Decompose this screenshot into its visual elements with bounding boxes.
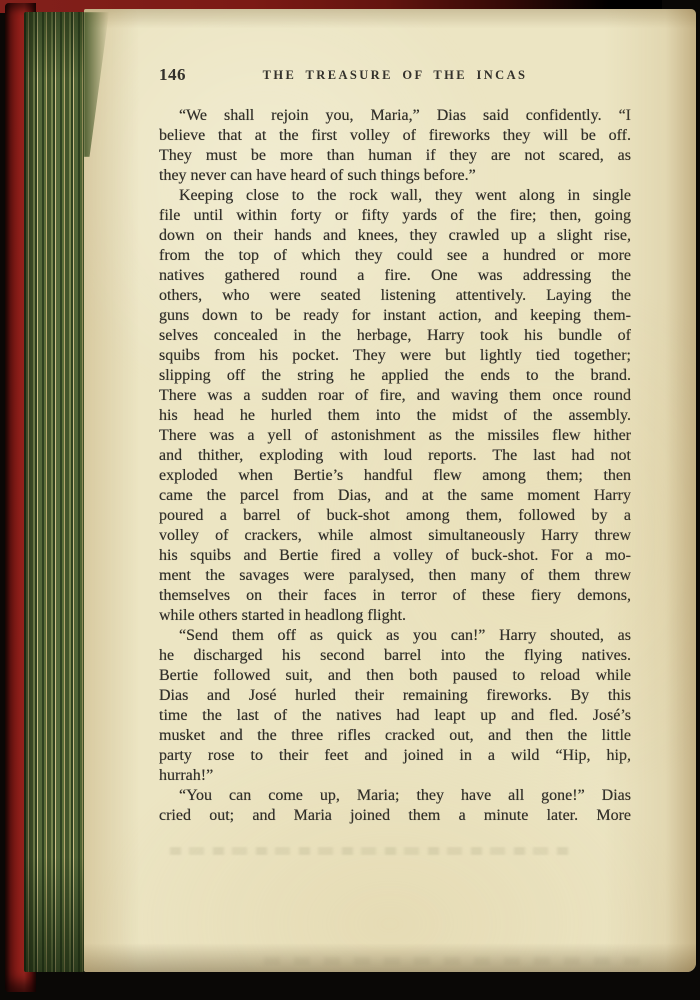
page-header: 146 THE TREASURE OF THE INCAS: [159, 65, 631, 89]
running-title: THE TREASURE OF THE INCAS: [159, 65, 631, 83]
text-line: volley of crackers, while almost simulta…: [159, 526, 631, 546]
text-line: They must be more than human if they are…: [159, 146, 631, 166]
text-line: came the parcel from Dias, and at the sa…: [159, 486, 631, 506]
paragraph: “We shall rejoin you, Maria,” Dias said …: [159, 106, 631, 186]
text-line: party rose to their feet and joined in a…: [159, 746, 631, 766]
text-line: his squibs and Bertie fired a volley of …: [159, 546, 631, 566]
text-line: cried out; and Maria joined them a minut…: [159, 806, 631, 826]
text-line: they never can have heard of such things…: [159, 166, 631, 186]
text-line: believe that at the first volley of fire…: [159, 126, 631, 146]
paragraph: Keeping close to the rock wall, they wen…: [159, 186, 631, 626]
paragraph: “Send them off as quick as you can!” Har…: [159, 626, 631, 786]
text-line: “Send them off as quick as you can!” Har…: [159, 626, 631, 646]
text-line: musket and the three rifles cracked out,…: [159, 726, 631, 746]
text-line: poured a barrel of buck-shot among them,…: [159, 506, 631, 526]
text-line: down on their hands and knees, they craw…: [159, 226, 631, 246]
text-line: from the top of which they could see a h…: [159, 246, 631, 266]
text-line: others, who were seated listening attent…: [159, 286, 631, 306]
scanned-book-photo: 146 THE TREASURE OF THE INCAS “We shall …: [0, 0, 700, 1000]
text-line: “You can come up, Maria; they have all g…: [159, 786, 631, 806]
text-line: time the last of the natives had leapt u…: [159, 706, 631, 726]
text-line: his head he hurled them into the midst o…: [159, 406, 631, 426]
text-line: and thither, exploding with loud reports…: [159, 446, 631, 466]
text-line: There was a yell of astonishment as the …: [159, 426, 631, 446]
text-line: Keeping close to the rock wall, they wen…: [159, 186, 631, 206]
show-through-smudge: [170, 847, 570, 855]
page-edges-stack: [24, 12, 86, 972]
text-line: he discharged his second barrel into the…: [159, 646, 631, 666]
text-line: selves concealed in the herbage, Harry t…: [159, 326, 631, 346]
text-line: squibs from his pocket. They were but li…: [159, 346, 631, 366]
text-line: “We shall rejoin you, Maria,” Dias said …: [159, 106, 631, 126]
show-through-smudge-bottom: [264, 957, 644, 965]
text-line: themselves on their faces in terror of t…: [159, 586, 631, 606]
text-line: guns down to be ready for instant action…: [159, 306, 631, 326]
body-text-block: “We shall rejoin you, Maria,” Dias said …: [159, 106, 631, 826]
text-line: There was a sudden roar of fire, and wav…: [159, 386, 631, 406]
page-number: 146: [159, 65, 186, 85]
text-line: while others started in headlong flight.: [159, 606, 631, 626]
text-line: Bertie followed suit, and then both paus…: [159, 666, 631, 686]
text-line: natives gathered round a fire. One was a…: [159, 266, 631, 286]
text-line: file until within forty or fifty yards o…: [159, 206, 631, 226]
text-line: ment the savages were paralysed, then ma…: [159, 566, 631, 586]
paragraph: “You can come up, Maria; they have all g…: [159, 786, 631, 826]
text-line: slipping off the string he applied the e…: [159, 366, 631, 386]
text-line: exploded when Bertie’s handful flew amon…: [159, 466, 631, 486]
book-page: 146 THE TREASURE OF THE INCAS “We shall …: [84, 9, 696, 972]
text-line: Dias and José hurled their remaining fir…: [159, 686, 631, 706]
text-line: hurrah!”: [159, 766, 631, 786]
